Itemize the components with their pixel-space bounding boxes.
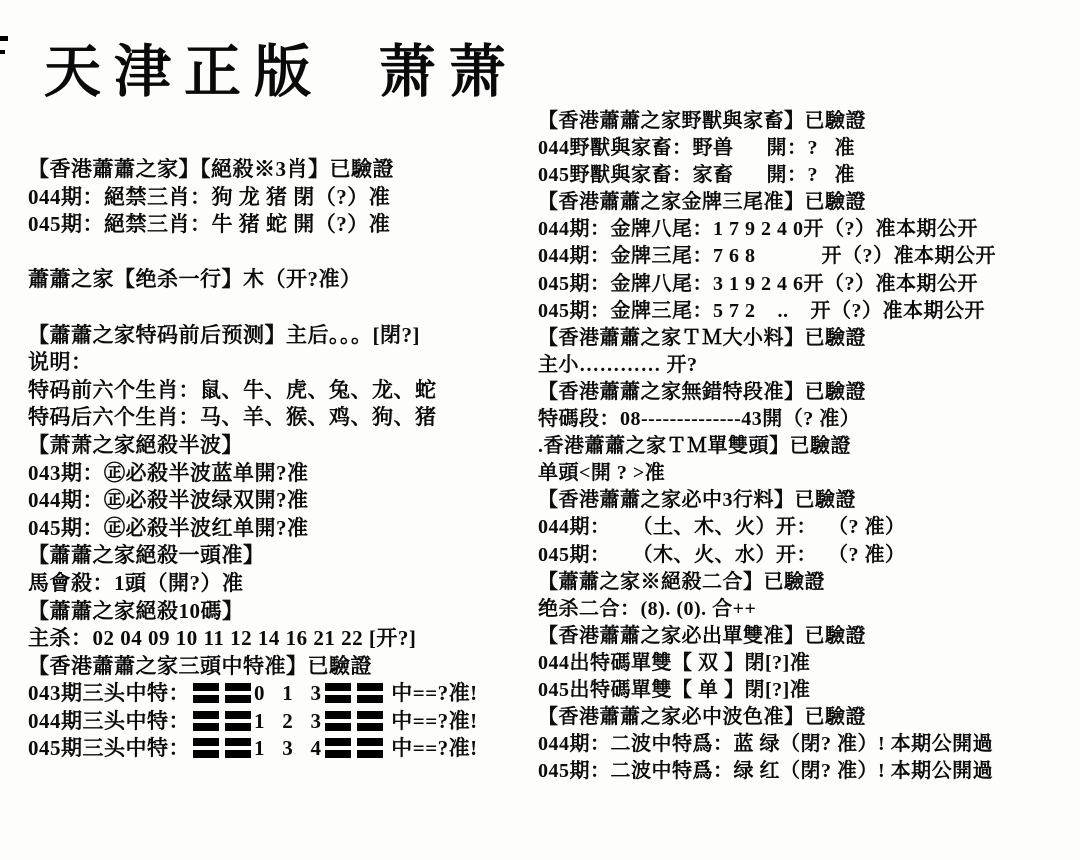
text-line: 特码后六个生肖：马、羊、猴、鸡、狗、猪 <box>28 404 538 432</box>
text-line: 045期：㊣必殺半波红单開?准 <box>28 515 538 543</box>
scan-artifact <box>0 36 8 41</box>
text-span: 044期：金牌三尾：7 6 8 开（?）准本期公开 <box>538 245 996 267</box>
text-span: 主小………… 开? <box>538 354 698 376</box>
text-span: 说明： <box>28 350 93 374</box>
text-span: 特碼段：08--------------43開（? 准） <box>538 408 860 430</box>
text-line: 045野獸與家畜：家畜 開：? 准 <box>538 162 1078 189</box>
text-line: 044期三头中特：1 2 3 中==?准! <box>28 708 538 736</box>
text-line: 【蕭蕭之家※絕殺二合】已驗證 <box>538 569 1078 596</box>
text-line: .香港蕭蕭之家ＴＭ單雙頭】已驗證 <box>538 433 1078 460</box>
double-bars-icon <box>193 683 251 703</box>
text-line: 【香港蕭蕭之家金牌三尾准】已驗證 <box>538 189 1078 216</box>
text-span: 【蕭蕭之家特码前后预测】主后。。。[閉?] <box>28 323 420 347</box>
text-line: 馬會殺：1頭（開?）准 <box>28 570 538 598</box>
text-span: 中==?准! <box>386 681 478 705</box>
geta-bar-icon <box>225 711 251 731</box>
text-line: 043期：㊣必殺半波蓝单開?准 <box>28 460 538 488</box>
text-line: 045期：二波中特爲：绿 红（閉? 准）! 本期公開過 <box>538 758 1078 785</box>
text-line: 043期三头中特：0 1 3 中==?准! <box>28 680 538 708</box>
text-line: 045期三头中特：1 3 4 中==?准! <box>28 735 538 763</box>
geta-bar-icon <box>325 738 351 758</box>
text-span: 绝杀二合：(8). (0). 合++ <box>538 598 756 620</box>
text-line: 【蕭蕭之家特码前后预测】主后。。。[閉?] <box>28 322 538 350</box>
text-span: 【蕭蕭之家絕殺10碼】 <box>28 599 244 623</box>
geta-bar-icon <box>193 738 219 758</box>
text-span: 【香港蕭蕭之家野獸與家畜】已驗證 <box>538 110 866 132</box>
text-span: 【香港蕭蕭之家無錯特段准】已驗證 <box>538 381 866 403</box>
text-span: 045期三头中特： <box>28 736 190 760</box>
text-span: 045期：金牌八尾：3 1 9 2 4 6开（?）准本期公开 <box>538 273 978 295</box>
text-line: 044期：金牌三尾：7 6 8 开（?）准本期公开 <box>538 243 1078 270</box>
text-line: 044野獸與家畜：野兽 開：? 准 <box>538 135 1078 162</box>
text-line: 045期：金牌八尾：3 1 9 2 4 6开（?）准本期公开 <box>538 271 1078 298</box>
double-bars-icon <box>325 683 383 703</box>
text-line: 044期：㊣必殺半波绿双開?准 <box>28 487 538 515</box>
text-span: 馬會殺：1頭（開?）准 <box>28 571 244 595</box>
blank-line <box>28 239 538 267</box>
geta-bar-icon <box>357 683 383 703</box>
text-span: 【香港蕭蕭之家金牌三尾准】已驗證 <box>538 191 866 213</box>
geta-bar-icon <box>357 738 383 758</box>
text-span: 0 1 3 <box>254 681 322 705</box>
text-span: 特码后六个生肖：马、羊、猴、鸡、狗、猪 <box>28 405 437 429</box>
text-line: 044期：二波中特爲：蓝 绿（閉? 准）! 本期公開過 <box>538 731 1078 758</box>
text-span: 045期：金牌三尾：5 7 2 .. 开（?）准本期公开 <box>538 300 985 322</box>
double-bars-icon <box>325 711 383 731</box>
text-line: 【香港蕭蕭之家無錯特段准】已驗證 <box>538 379 1078 406</box>
text-line: 特码前六个生肖：鼠、牛、虎、兔、龙、蛇 <box>28 377 538 405</box>
text-span: 【萧萧之家絕殺半波】 <box>28 433 243 457</box>
text-line: 【香港蕭蕭之家必出單雙准】已驗證 <box>538 623 1078 650</box>
text-line: 【香港蕭蕭之家必中3行料】已驗證 <box>538 487 1078 514</box>
text-span: 中==?准! <box>386 709 478 733</box>
text-span: .香港蕭蕭之家ＴＭ單雙頭】已驗證 <box>538 435 851 457</box>
geta-bar-icon <box>225 738 251 758</box>
text-span: 蕭蕭之家【绝杀一行】木（开?准） <box>28 267 362 291</box>
double-bars-icon <box>325 738 383 758</box>
text-span: 单頭<開 ? >准 <box>538 462 665 484</box>
text-span: 044期三头中特： <box>28 709 190 733</box>
text-line: 044期： （土、木、火）开： （? 准） <box>538 514 1078 541</box>
text-line: 044期：金牌八尾：1 7 9 2 4 0开（?）准本期公开 <box>538 216 1078 243</box>
text-line: 主杀：02 04 09 10 11 12 14 16 21 22 [开?] <box>28 625 538 653</box>
text-span: 043期：㊣必殺半波蓝单開?准 <box>28 461 309 485</box>
text-span: 特码前六个生肖：鼠、牛、虎、兔、龙、蛇 <box>28 378 437 402</box>
text-line: 【香港蕭蕭之家ＴＭ大小料】已驗證 <box>538 325 1078 352</box>
text-span: 044期：二波中特爲：蓝 绿（閉? 准）! 本期公開過 <box>538 733 993 755</box>
scan-artifact <box>0 50 5 54</box>
geta-bar-icon <box>325 683 351 703</box>
text-span: 045出特碼單雙【 单 】閉[?]准 <box>538 679 810 701</box>
text-line: 【蕭蕭之家絕殺一頭准】 <box>28 542 538 570</box>
text-span: 中==?准! <box>386 736 478 760</box>
page-title: 天津正版 萧萧 <box>44 26 519 108</box>
text-span: 【香港蕭蕭之家ＴＭ大小料】已驗證 <box>538 327 866 349</box>
text-line: 说明： <box>28 349 538 377</box>
text-span: 主杀：02 04 09 10 11 12 14 16 21 22 [开?] <box>28 626 416 650</box>
text-line: 044期：絕禁三肖：狗 龙 猪 閉（?）准 <box>28 184 538 212</box>
left-column: 【香港蕭蕭之家】【絕殺※3肖】已驗證044期：絕禁三肖：狗 龙 猪 閉（?）准0… <box>28 156 538 763</box>
text-span: 044野獸與家畜：野兽 開：? 准 <box>538 137 855 159</box>
double-bars-icon <box>193 711 251 731</box>
geta-bar-icon <box>325 711 351 731</box>
text-line: 【蕭蕭之家絕殺10碼】 <box>28 598 538 626</box>
geta-bar-icon <box>193 711 219 731</box>
text-span: 1 3 4 <box>254 736 322 760</box>
text-span: 043期三头中特： <box>28 681 190 705</box>
right-column: 【香港蕭蕭之家野獸與家畜】已驗證044野獸與家畜：野兽 開：? 准045野獸與家… <box>538 108 1078 785</box>
text-span: 【蕭蕭之家絕殺一頭准】 <box>28 543 265 567</box>
text-line: 【香港蕭蕭之家必中波色准】已驗證 <box>538 704 1078 731</box>
text-line: 蕭蕭之家【绝杀一行】木（开?准） <box>28 266 538 294</box>
text-line: 045期：金牌三尾：5 7 2 .. 开（?）准本期公开 <box>538 298 1078 325</box>
text-span: 1 2 3 <box>254 709 322 733</box>
text-line: 单頭<開 ? >准 <box>538 460 1078 487</box>
text-span: 045期：絕禁三肖：牛 猪 蛇 開（?）准 <box>28 212 390 236</box>
text-span: 【蕭蕭之家※絕殺二合】已驗證 <box>538 571 825 593</box>
text-line: 【香港蕭蕭之家三頭中特准】已驗證 <box>28 653 538 681</box>
text-line: 绝杀二合：(8). (0). 合++ <box>538 596 1078 623</box>
text-span: 044期：㊣必殺半波绿双開?准 <box>28 488 309 512</box>
text-span: 【香港蕭蕭之家】【絕殺※3肖】已驗證 <box>28 157 394 181</box>
text-line: 044出特碼單雙【 双 】閉[?]准 <box>538 650 1078 677</box>
double-bars-icon <box>193 738 251 758</box>
text-line: 045期：絕禁三肖：牛 猪 蛇 開（?）准 <box>28 211 538 239</box>
text-line: 【香港蕭蕭之家】【絕殺※3肖】已驗證 <box>28 156 538 184</box>
text-span: 044期： （土、木、火）开： （? 准） <box>538 516 906 538</box>
text-line: 【萧萧之家絕殺半波】 <box>28 432 538 460</box>
geta-bar-icon <box>225 683 251 703</box>
text-span: 【香港蕭蕭之家必中波色准】已驗證 <box>538 706 866 728</box>
text-span: 045野獸與家畜：家畜 開：? 准 <box>538 164 855 186</box>
text-span: 【香港蕭蕭之家必中3行料】已驗證 <box>538 489 856 511</box>
text-line: 特碼段：08--------------43開（? 准） <box>538 406 1078 433</box>
text-span: 044期：絕禁三肖：狗 龙 猪 閉（?）准 <box>28 185 390 209</box>
text-span: 045期： （木、火、水）开： （? 准） <box>538 544 906 566</box>
text-span: 【香港蕭蕭之家三頭中特准】已驗證 <box>28 654 372 678</box>
text-span: 【香港蕭蕭之家必出單雙准】已驗證 <box>538 625 866 647</box>
blank-line <box>28 294 538 322</box>
text-span: 045期：㊣必殺半波红单開?准 <box>28 516 309 540</box>
text-span: 044期：金牌八尾：1 7 9 2 4 0开（?）准本期公开 <box>538 218 978 240</box>
geta-bar-icon <box>193 683 219 703</box>
geta-bar-icon <box>357 711 383 731</box>
text-span: 045期：二波中特爲：绿 红（閉? 准）! 本期公開過 <box>538 760 993 782</box>
text-line: 主小………… 开? <box>538 352 1078 379</box>
page: 天津正版 萧萧 【香港蕭蕭之家】【絕殺※3肖】已驗證044期：絕禁三肖：狗 龙 … <box>0 0 1080 860</box>
text-line: 045期： （木、火、水）开： （? 准） <box>538 542 1078 569</box>
text-line: 045出特碼單雙【 单 】閉[?]准 <box>538 677 1078 704</box>
text-span: 044出特碼單雙【 双 】閉[?]准 <box>538 652 810 674</box>
text-line: 【香港蕭蕭之家野獸與家畜】已驗證 <box>538 108 1078 135</box>
